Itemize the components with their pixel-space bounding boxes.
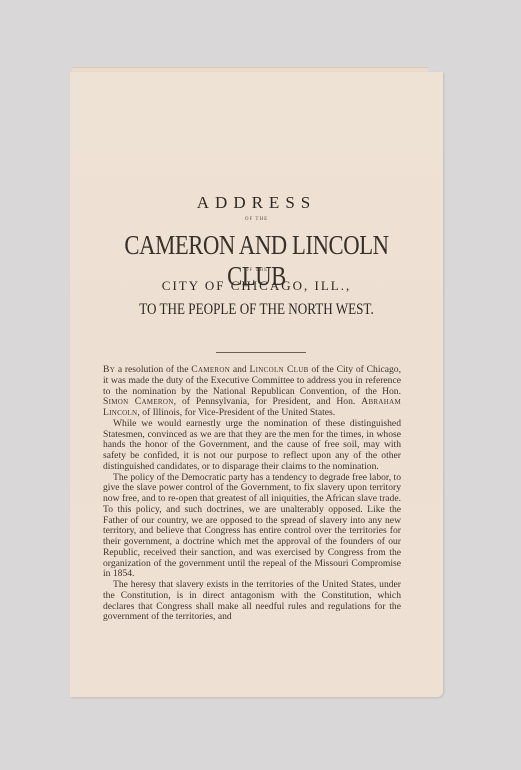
- body-text: By a resolution of the Cameron and Linco…: [103, 365, 401, 623]
- name-simon-cameron: Simon Cameron: [103, 396, 174, 407]
- title-audience: TO THE PEOPLE OF THE NORTH WEST.: [104, 301, 410, 319]
- paragraph-lead: By: [103, 364, 115, 375]
- paragraph-1: By a resolution of the Cameron and Linco…: [103, 365, 401, 419]
- text-segment: , of Pennsylvania, for President, and Ho…: [174, 396, 362, 407]
- paragraph-2: While we would earnestly urge the nomina…: [103, 419, 401, 473]
- text-segment: and: [230, 364, 249, 375]
- pamphlet-page: ADDRESS OF THE CAMERON AND LINCOLN CLUB …: [70, 72, 443, 697]
- divider-rule: [216, 352, 306, 353]
- name-lincoln-club: Lincoln Club: [249, 364, 308, 375]
- name-cameron: Cameron: [191, 364, 230, 375]
- title-city: CITY OF CHICAGO, ILL.,: [70, 278, 443, 294]
- title-address: ADDRESS: [70, 193, 443, 213]
- paragraph-4: The heresy that slavery exists in the te…: [103, 580, 401, 623]
- connector-of-the-1: OF THE: [70, 217, 443, 222]
- paragraph-3: The policy of the Democratic party has a…: [103, 473, 401, 581]
- text-segment: , of Illinois, for Vice-President of the…: [137, 407, 335, 418]
- text-segment: a resolution of the: [115, 364, 191, 375]
- connector-of-the-2: OF THE: [70, 268, 443, 273]
